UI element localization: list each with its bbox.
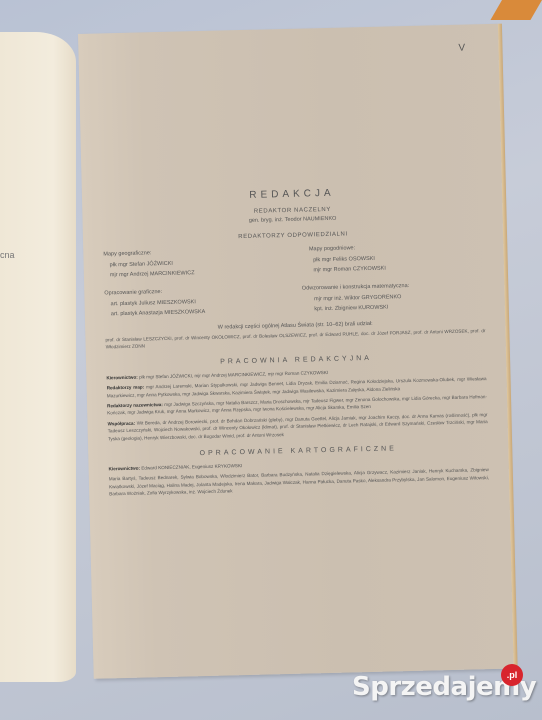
right-page: V REDAKCJA REDAKTOR NACZELNY gen. bryg. …	[78, 24, 514, 679]
heading-redakcja: REDAKCJA	[102, 184, 482, 204]
left-page: cna	[0, 32, 76, 682]
responsible-editors-right: Mapy pogodniowe: płk mgr Feliks OSOWSKI …	[301, 240, 485, 314]
editorial-office-list: Kierownictwo: płk mgr Stefan JÓŹWICKI, m…	[106, 365, 488, 443]
responsible-editors: Mapy geograficzne: płk mgr Stefan JÓŹWIC…	[103, 240, 485, 319]
watermark-badge: .pl	[501, 664, 523, 686]
left-page-text-fragment: cna	[0, 250, 15, 260]
page-edge	[498, 24, 518, 669]
responsible-editors-left: Mapy geograficzne: płk mgr Stefan JÓŹWIC…	[103, 245, 287, 319]
cartographic-work-list: Kierownictwo: Edward KONIECZNIAK, Eugeni…	[109, 456, 490, 498]
page-content: REDAKCJA REDAKTOR NACZELNY gen. bryg. in…	[102, 184, 489, 498]
background-orange-object	[490, 0, 542, 20]
general-part-contributors: W redakcji części ogólnej Atlasu Świata …	[105, 318, 485, 351]
page-number: V	[458, 43, 465, 54]
